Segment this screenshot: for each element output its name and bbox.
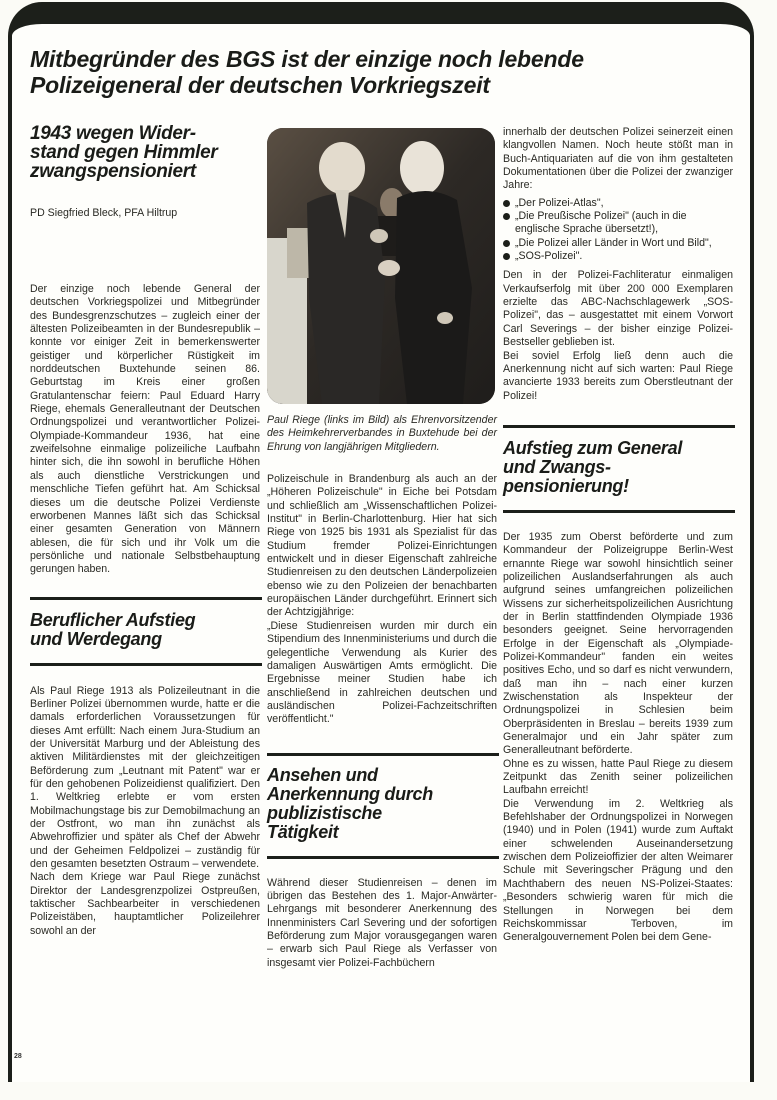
photo-image — [267, 128, 495, 404]
body-paragraph: Polizeischule in Brandenburg als auch an… — [267, 473, 497, 620]
bullet-icon — [503, 200, 510, 207]
section-heading-line: pensionierung! — [503, 476, 629, 496]
section-heading-line: und Werdegang — [30, 629, 162, 649]
section-heading-werdegang: Beruflicher Aufstieg und Werdegang — [30, 611, 260, 649]
author-byline: PD Siegfried Bleck, PFA Hiltrup — [30, 207, 260, 219]
section-heading-line: Anerkennung durch — [267, 784, 433, 804]
column-2: Paul Riege (links im Bild) als Ehrenvors… — [267, 128, 497, 970]
bullet-icon — [503, 213, 510, 220]
section-heading-line: Aufstieg zum General — [503, 438, 682, 458]
intro-heading-line: 1943 wegen Wider- — [30, 123, 196, 144]
intro-paragraph: Der einzige noch lebende General der deu… — [30, 283, 260, 577]
book-title: „Die Polizei aller Länder in Wort und Bi… — [515, 237, 712, 249]
section-heading-line: Tätigkeit — [267, 822, 338, 842]
page-title-line-2: Polizeigeneral der deutschen Vorkriegsze… — [30, 72, 490, 98]
page-title: Mitbegründer des BGS ist der einzige noc… — [30, 46, 730, 98]
body-paragraph: Ohne es zu wissen, hatte Paul Riege zu d… — [503, 758, 733, 798]
book-title: „Der Polizei-Atlas", — [515, 197, 604, 209]
bullet-icon — [503, 253, 510, 260]
body-paragraph: Bei soviel Erfolg ließ denn auch die Ane… — [503, 350, 733, 403]
section-divider — [30, 663, 262, 666]
column-1: 1943 wegen Wider- stand gegen Himmler zw… — [30, 118, 260, 938]
book-list-item: „SOS-Polizei". — [503, 250, 733, 263]
section-divider — [503, 510, 735, 513]
page-title-line-1: Mitbegründer des BGS ist der einzige noc… — [30, 46, 584, 72]
section-heading-ansehen: Ansehen und Anerkennung durch publizisti… — [267, 766, 497, 842]
bullet-icon — [503, 240, 510, 247]
section-divider — [30, 597, 262, 600]
body-paragraph: Die Verwendung im 2. Weltkrieg als Befeh… — [503, 798, 733, 945]
body-paragraph: Der 1935 zum Oberst beförderte und zum K… — [503, 531, 733, 758]
section-divider — [267, 753, 499, 756]
photo-caption: Paul Riege (links im Bild) als Ehrenvors… — [267, 414, 497, 454]
intro-heading-line: zwangspensioniert — [30, 161, 196, 182]
body-paragraph: innerhalb der deutschen Polizei seinerze… — [503, 126, 733, 193]
book-list: „Der Polizei-Atlas", „Die Preußische Pol… — [503, 197, 733, 264]
section-heading-line: Ansehen und — [267, 765, 378, 785]
photo — [267, 128, 495, 404]
column-3: innerhalb der deutschen Polizei seinerze… — [503, 126, 733, 945]
body-paragraph: Als Paul Riege 1913 als Polizeileutnant … — [30, 685, 260, 872]
book-title: „SOS-Polizei". — [515, 250, 582, 262]
book-title: „Die Preußische Polizei" (auch in die en… — [515, 210, 687, 235]
section-divider — [267, 856, 499, 859]
section-heading-line: publizistische — [267, 803, 382, 823]
book-list-item: „Die Polizei aller Länder in Wort und Bi… — [503, 237, 733, 250]
intro-heading: 1943 wegen Wider- stand gegen Himmler zw… — [30, 124, 260, 181]
page-number: 28 — [14, 1053, 22, 1060]
body-paragraph: Nach dem Kriege war Paul Riege zunächst … — [30, 871, 260, 938]
section-heading-line: und Zwangs- — [503, 457, 611, 477]
body-paragraph: Während dieser Studienreisen – denen im … — [267, 877, 497, 970]
body-paragraph: „Diese Studienreisen wurden mir durch ei… — [267, 620, 497, 727]
section-divider — [503, 425, 735, 428]
book-list-item: „Die Preußische Polizei" (auch in die en… — [503, 210, 733, 237]
book-list-item: „Der Polizei-Atlas", — [503, 197, 733, 210]
body-paragraph: Den in der Polizei-Fachliteratur einmali… — [503, 269, 733, 349]
intro-heading-line: stand gegen Himmler — [30, 142, 218, 163]
section-heading-aufstieg: Aufstieg zum General und Zwangs- pension… — [503, 439, 733, 496]
section-heading-line: Beruflicher Aufstieg — [30, 610, 195, 630]
